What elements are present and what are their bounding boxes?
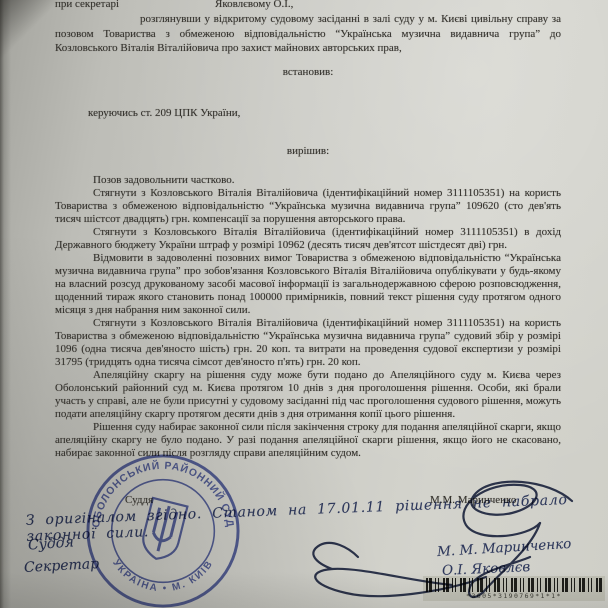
registration-barcode: *3605*3190769*1*1*	[423, 576, 605, 601]
handwritten-judge-label: Суддя	[27, 534, 74, 553]
body-paragraph: Стягнути з Козловського Віталія Віталійо…	[55, 187, 561, 226]
decision-body: Позов задовольнити частково. Стягнути з …	[55, 174, 561, 460]
body-paragraph: Стягнути з Козловського Віталія Віталійо…	[55, 226, 561, 252]
barcode-bars-icon	[426, 578, 602, 592]
body-paragraph: Позов задовольнити частково.	[55, 174, 561, 187]
body-paragraph: Апеляційну скаргу на рішення суду може б…	[55, 369, 561, 421]
scanned-court-decision: при секретарі Яковлєвому О.І., розглянув…	[0, 0, 608, 608]
svg-text:УКРАЇНА • М. КИЇВ: УКРАЇНА • М. КИЇВ	[110, 558, 216, 594]
body-paragraph: Відмовити в задоволенні позовних вимог Т…	[55, 252, 561, 317]
guided-by-line: керуючись ст. 209 ЦПК України,	[55, 107, 561, 120]
secretary-name: Яковлєвому О.І.,	[215, 0, 293, 11]
stamp-arc-bottom-text: УКРАЇНА • М. КИЇВ	[110, 558, 216, 594]
decided-heading: вирішив:	[55, 145, 561, 158]
body-paragraph: Стягнути з Козловського Віталія Віталійо…	[55, 317, 561, 369]
secretary-label: при секретарі	[55, 0, 119, 11]
barcode-caption: *3605*3190769*1*1*	[426, 592, 602, 600]
established-heading: встановив:	[55, 66, 561, 79]
intro-paragraph: розглянувши у відкритому судовому засіда…	[55, 12, 561, 56]
